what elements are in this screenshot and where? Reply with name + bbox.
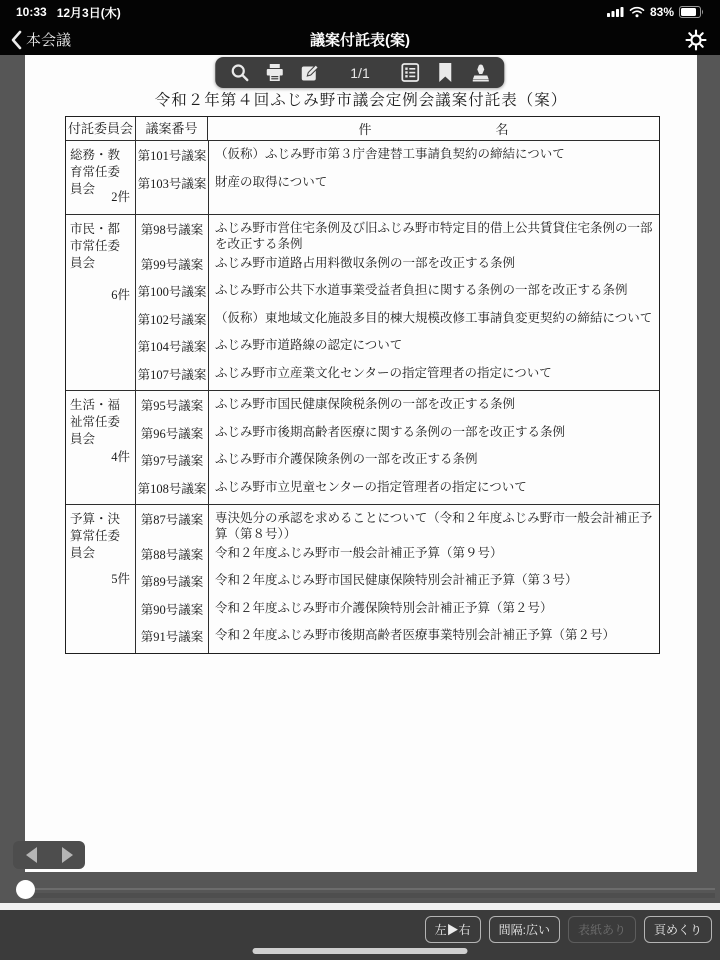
- bill-row: 第107号議案ふじみ野市立産業文化センターの指定管理者の指定について: [136, 363, 659, 391]
- printer-icon: [265, 63, 284, 82]
- bill-subject: ふじみ野市介護保険条例の一部を改正する条例: [208, 449, 659, 467]
- header-subject-char1: 件: [359, 119, 372, 138]
- bill-row: 第95号議案ふじみ野市国民健康保険税条例の一部を改正する条例: [136, 394, 659, 422]
- battery-icon: [679, 6, 704, 18]
- bill-number: 第90号議案: [136, 598, 208, 618]
- header-subject: 件 名: [208, 119, 659, 138]
- stamp-icon: [471, 63, 490, 82]
- committee-bill-count: 2件: [111, 189, 130, 206]
- bill-row: 第90号議案令和２年度ふじみ野市介護保険特別会計補正予算（第２号）: [136, 598, 659, 626]
- thumbnails-button[interactable]: [401, 63, 421, 83]
- cellular-signal-icon: [607, 6, 624, 18]
- status-bar: 10:33 12月3日(木) 83%: [0, 0, 720, 24]
- page-turn-button[interactable]: 頁めくり: [644, 916, 712, 943]
- committee-referral-table: 付託委員会 議案番号 件 名 総務・教育常任委員会2件第101号議案（仮称）ふじ…: [65, 116, 660, 654]
- bill-subject: ふじみ野市営住宅条例及び旧ふじみ野市特定目的借上公共賃貸住宅条例の一部を改正する…: [208, 218, 659, 253]
- bill-number: 第97号議案: [136, 449, 208, 469]
- bill-subject: ふじみ野市国民健康保険税条例の一部を改正する条例: [208, 394, 659, 412]
- committee-cell: 予算・決算常任委員会5件: [66, 505, 136, 653]
- bill-row: 第104号議案ふじみ野市道路線の認定について: [136, 335, 659, 363]
- bill-row: 第91号議案令和２年度ふじみ野市後期高齢者医療事業特別会計補正予算（第２号）: [136, 625, 659, 653]
- committee-group-row: 予算・決算常任委員会5件第87号議案専決処分の承認を求めることについて（令和２年…: [66, 504, 659, 653]
- committee-bill-count: 6件: [111, 287, 130, 304]
- table-body: 総務・教育常任委員会2件第101号議案（仮称）ふじみ野市第３庁舎建替工事請負契約…: [66, 141, 659, 653]
- bookmark-icon: [439, 63, 453, 82]
- bill-subject: ふじみ野市道路線の認定について: [208, 335, 659, 353]
- bill-number: 第87号議案: [136, 508, 208, 528]
- app-screen: 10:33 12月3日(木) 83% 本会議: [0, 0, 720, 960]
- page-edge-strip: [0, 903, 720, 910]
- search-icon: [230, 63, 249, 82]
- date: 12月3日(木): [57, 4, 121, 21]
- page-nav-box: [13, 841, 85, 869]
- page-slider-shadow: [25, 893, 715, 898]
- bill-row: 第103号議案財産の取得について: [136, 172, 659, 200]
- bill-subject: （仮称）ふじみ野市第３庁舎建替工事請負契約の締結について: [208, 144, 659, 162]
- bill-number: 第91号議案: [136, 625, 208, 645]
- bill-row: 第89号議案令和２年度ふじみ野市国民健康保険特別会計補正予算（第３号）: [136, 570, 659, 598]
- bill-number: 第96号議案: [136, 422, 208, 442]
- next-page-button[interactable]: [62, 847, 73, 863]
- committee-name: 生活・福祉常任委員会: [70, 397, 132, 448]
- bill-number: 第99号議案: [136, 253, 208, 273]
- bill-subject: ふじみ野市後期高齢者医療に関する条例の一部を改正する条例: [208, 422, 659, 440]
- bill-row: 第96号議案ふじみ野市後期高齢者医療に関する条例の一部を改正する条例: [136, 422, 659, 450]
- prev-page-button[interactable]: [26, 847, 37, 863]
- header-committee: 付託委員会: [66, 117, 136, 140]
- bill-number: 第100号議案: [136, 280, 208, 300]
- bill-row: 第88号議案令和２年度ふじみ野市一般会計補正予算（第９号）: [136, 543, 659, 571]
- pdf-toolbar: 1/1: [215, 57, 504, 88]
- stamp-button[interactable]: [471, 63, 491, 83]
- bill-row: 第100号議案ふじみ野市公共下水道事業受益者負担に関する条例の一部を改正する条例: [136, 280, 659, 308]
- bill-items: 第98号議案ふじみ野市営住宅条例及び旧ふじみ野市特定目的借上公共賃貸住宅条例の一…: [136, 215, 659, 390]
- document-page: 令和２年第４回ふじみ野市議会定例会議案付託表（案） 付託委員会 議案番号 件 名…: [25, 55, 697, 872]
- bill-row: 第99号議案ふじみ野市道路占用料徴収条例の一部を改正する条例: [136, 253, 659, 281]
- cover-button[interactable]: 表紙あり: [568, 916, 636, 943]
- page-title: 議案付託表(案): [0, 29, 720, 50]
- bill-number: 第89号議案: [136, 570, 208, 590]
- wifi-icon: [629, 6, 645, 18]
- nav-bar: 本会議 議案付託表(案): [0, 24, 720, 55]
- bill-subject: ふじみ野市公共下水道事業受益者負担に関する条例の一部を改正する条例: [208, 280, 659, 298]
- committee-bill-count: 4件: [111, 449, 130, 466]
- committee-name: 市民・都市常任委員会: [70, 221, 132, 272]
- bill-row: 第102号議案（仮称）東地域文化施設多目的棟大規模改修工事請負変更契約の締結につ…: [136, 308, 659, 336]
- document-title: 令和２年第４回ふじみ野市議会定例会議案付託表（案）: [25, 88, 697, 110]
- bill-row: 第98号議案ふじみ野市営住宅条例及び旧ふじみ野市特定目的借上公共賃貸住宅条例の一…: [136, 218, 659, 253]
- committee-group-row: 総務・教育常任委員会2件第101号議案（仮称）ふじみ野市第３庁舎建替工事請負契約…: [66, 141, 659, 214]
- top-bars: 10:33 12月3日(木) 83% 本会議: [0, 0, 720, 55]
- header-subject-char2: 名: [495, 119, 508, 138]
- committee-group-row: 市民・都市常任委員会6件第98号議案ふじみ野市営住宅条例及び旧ふじみ野市特定目的…: [66, 214, 659, 390]
- committee-name: 予算・決算常任委員会: [70, 511, 132, 562]
- settings-button[interactable]: [684, 28, 708, 52]
- bill-subject: ふじみ野市立児童センターの指定管理者の指定について: [208, 477, 659, 495]
- battery-percent: 83%: [650, 5, 674, 19]
- bookmark-button[interactable]: [436, 63, 456, 83]
- bill-subject: 令和２年度ふじみ野市国民健康保険特別会計補正予算（第３号）: [208, 570, 659, 588]
- bill-number: 第98号議案: [136, 218, 208, 238]
- page-slider-track[interactable]: [25, 888, 715, 890]
- bill-items: 第95号議案ふじみ野市国民健康保険税条例の一部を改正する条例第96号議案ふじみ野…: [136, 391, 659, 504]
- bill-number: 第95号議案: [136, 394, 208, 414]
- bill-number: 第104号議案: [136, 335, 208, 355]
- bill-items: 第101号議案（仮称）ふじみ野市第３庁舎建替工事請負契約の締結について第103号…: [136, 141, 659, 214]
- bill-number: 第103号議案: [136, 172, 208, 192]
- bill-number: 第108号議案: [136, 477, 208, 497]
- search-button[interactable]: [229, 63, 249, 83]
- bill-number: 第101号議案: [136, 144, 208, 164]
- bill-row: 第101号議案（仮称）ふじみ野市第３庁舎建替工事請負契約の締結について: [136, 144, 659, 172]
- spacing-button[interactable]: 間隔:広い: [489, 916, 560, 943]
- bill-subject: 財産の取得について: [208, 172, 659, 190]
- bill-subject: ふじみ野市道路占用料徴収条例の一部を改正する条例: [208, 253, 659, 271]
- bill-number: 第107号議案: [136, 363, 208, 383]
- format-buttons: 左▶右間隔:広い表紙あり頁めくり: [425, 916, 712, 943]
- committee-bill-count: 5件: [111, 571, 130, 588]
- chevron-left-icon: [10, 30, 22, 50]
- committee-cell: 市民・都市常任委員会6件: [66, 215, 136, 390]
- bill-subject: 令和２年度ふじみ野市介護保険特別会計補正予算（第２号）: [208, 598, 659, 616]
- clock: 10:33: [16, 5, 47, 19]
- page-slider-knob[interactable]: [16, 880, 35, 899]
- list-icon: [402, 63, 420, 82]
- back-label: 本会議: [26, 29, 71, 50]
- bill-number: 第88号議案: [136, 543, 208, 563]
- bill-subject: ふじみ野市立産業文化センターの指定管理者の指定について: [208, 363, 659, 381]
- home-indicator: [253, 948, 468, 954]
- bill-subject: （仮称）東地域文化施設多目的棟大規模改修工事請負変更契約の締結について: [208, 308, 659, 326]
- back-button[interactable]: 本会議: [10, 29, 71, 50]
- ltr-button[interactable]: 左▶右: [425, 916, 481, 943]
- committee-cell: 生活・福祉常任委員会4件: [66, 391, 136, 504]
- bill-row: 第87号議案専決処分の承認を求めることについて（令和２年度ふじみ野市一般会計補正…: [136, 508, 659, 543]
- bill-subject: 令和２年度ふじみ野市後期高齢者医療事業特別会計補正予算（第２号）: [208, 625, 659, 643]
- committee-group-row: 生活・福祉常任委員会4件第95号議案ふじみ野市国民健康保険税条例の一部を改正する…: [66, 390, 659, 504]
- bill-subject: 令和２年度ふじみ野市一般会計補正予算（第９号）: [208, 543, 659, 561]
- bill-subject: 専決処分の承認を求めることについて（令和２年度ふじみ野市一般会計補正予算（第８号…: [208, 508, 659, 543]
- table-header-row: 付託委員会 議案番号 件 名: [66, 117, 659, 141]
- print-button[interactable]: [264, 63, 284, 83]
- bill-items: 第87号議案専決処分の承認を求めることについて（令和２年度ふじみ野市一般会計補正…: [136, 505, 659, 653]
- committee-cell: 総務・教育常任委員会2件: [66, 141, 136, 214]
- bill-number: 第102号議案: [136, 308, 208, 328]
- bill-row: 第108号議案ふじみ野市立児童センターの指定管理者の指定について: [136, 477, 659, 505]
- gear-icon: [684, 28, 708, 52]
- compose-icon: [300, 63, 319, 82]
- page-indicator: 1/1: [350, 65, 369, 81]
- header-bill-no: 議案番号: [136, 117, 208, 140]
- bottom-bar: 左▶右間隔:広い表紙あり頁めくり: [0, 910, 720, 960]
- annotate-button[interactable]: [299, 63, 319, 83]
- bill-row: 第97号議案ふじみ野市介護保険条例の一部を改正する条例: [136, 449, 659, 477]
